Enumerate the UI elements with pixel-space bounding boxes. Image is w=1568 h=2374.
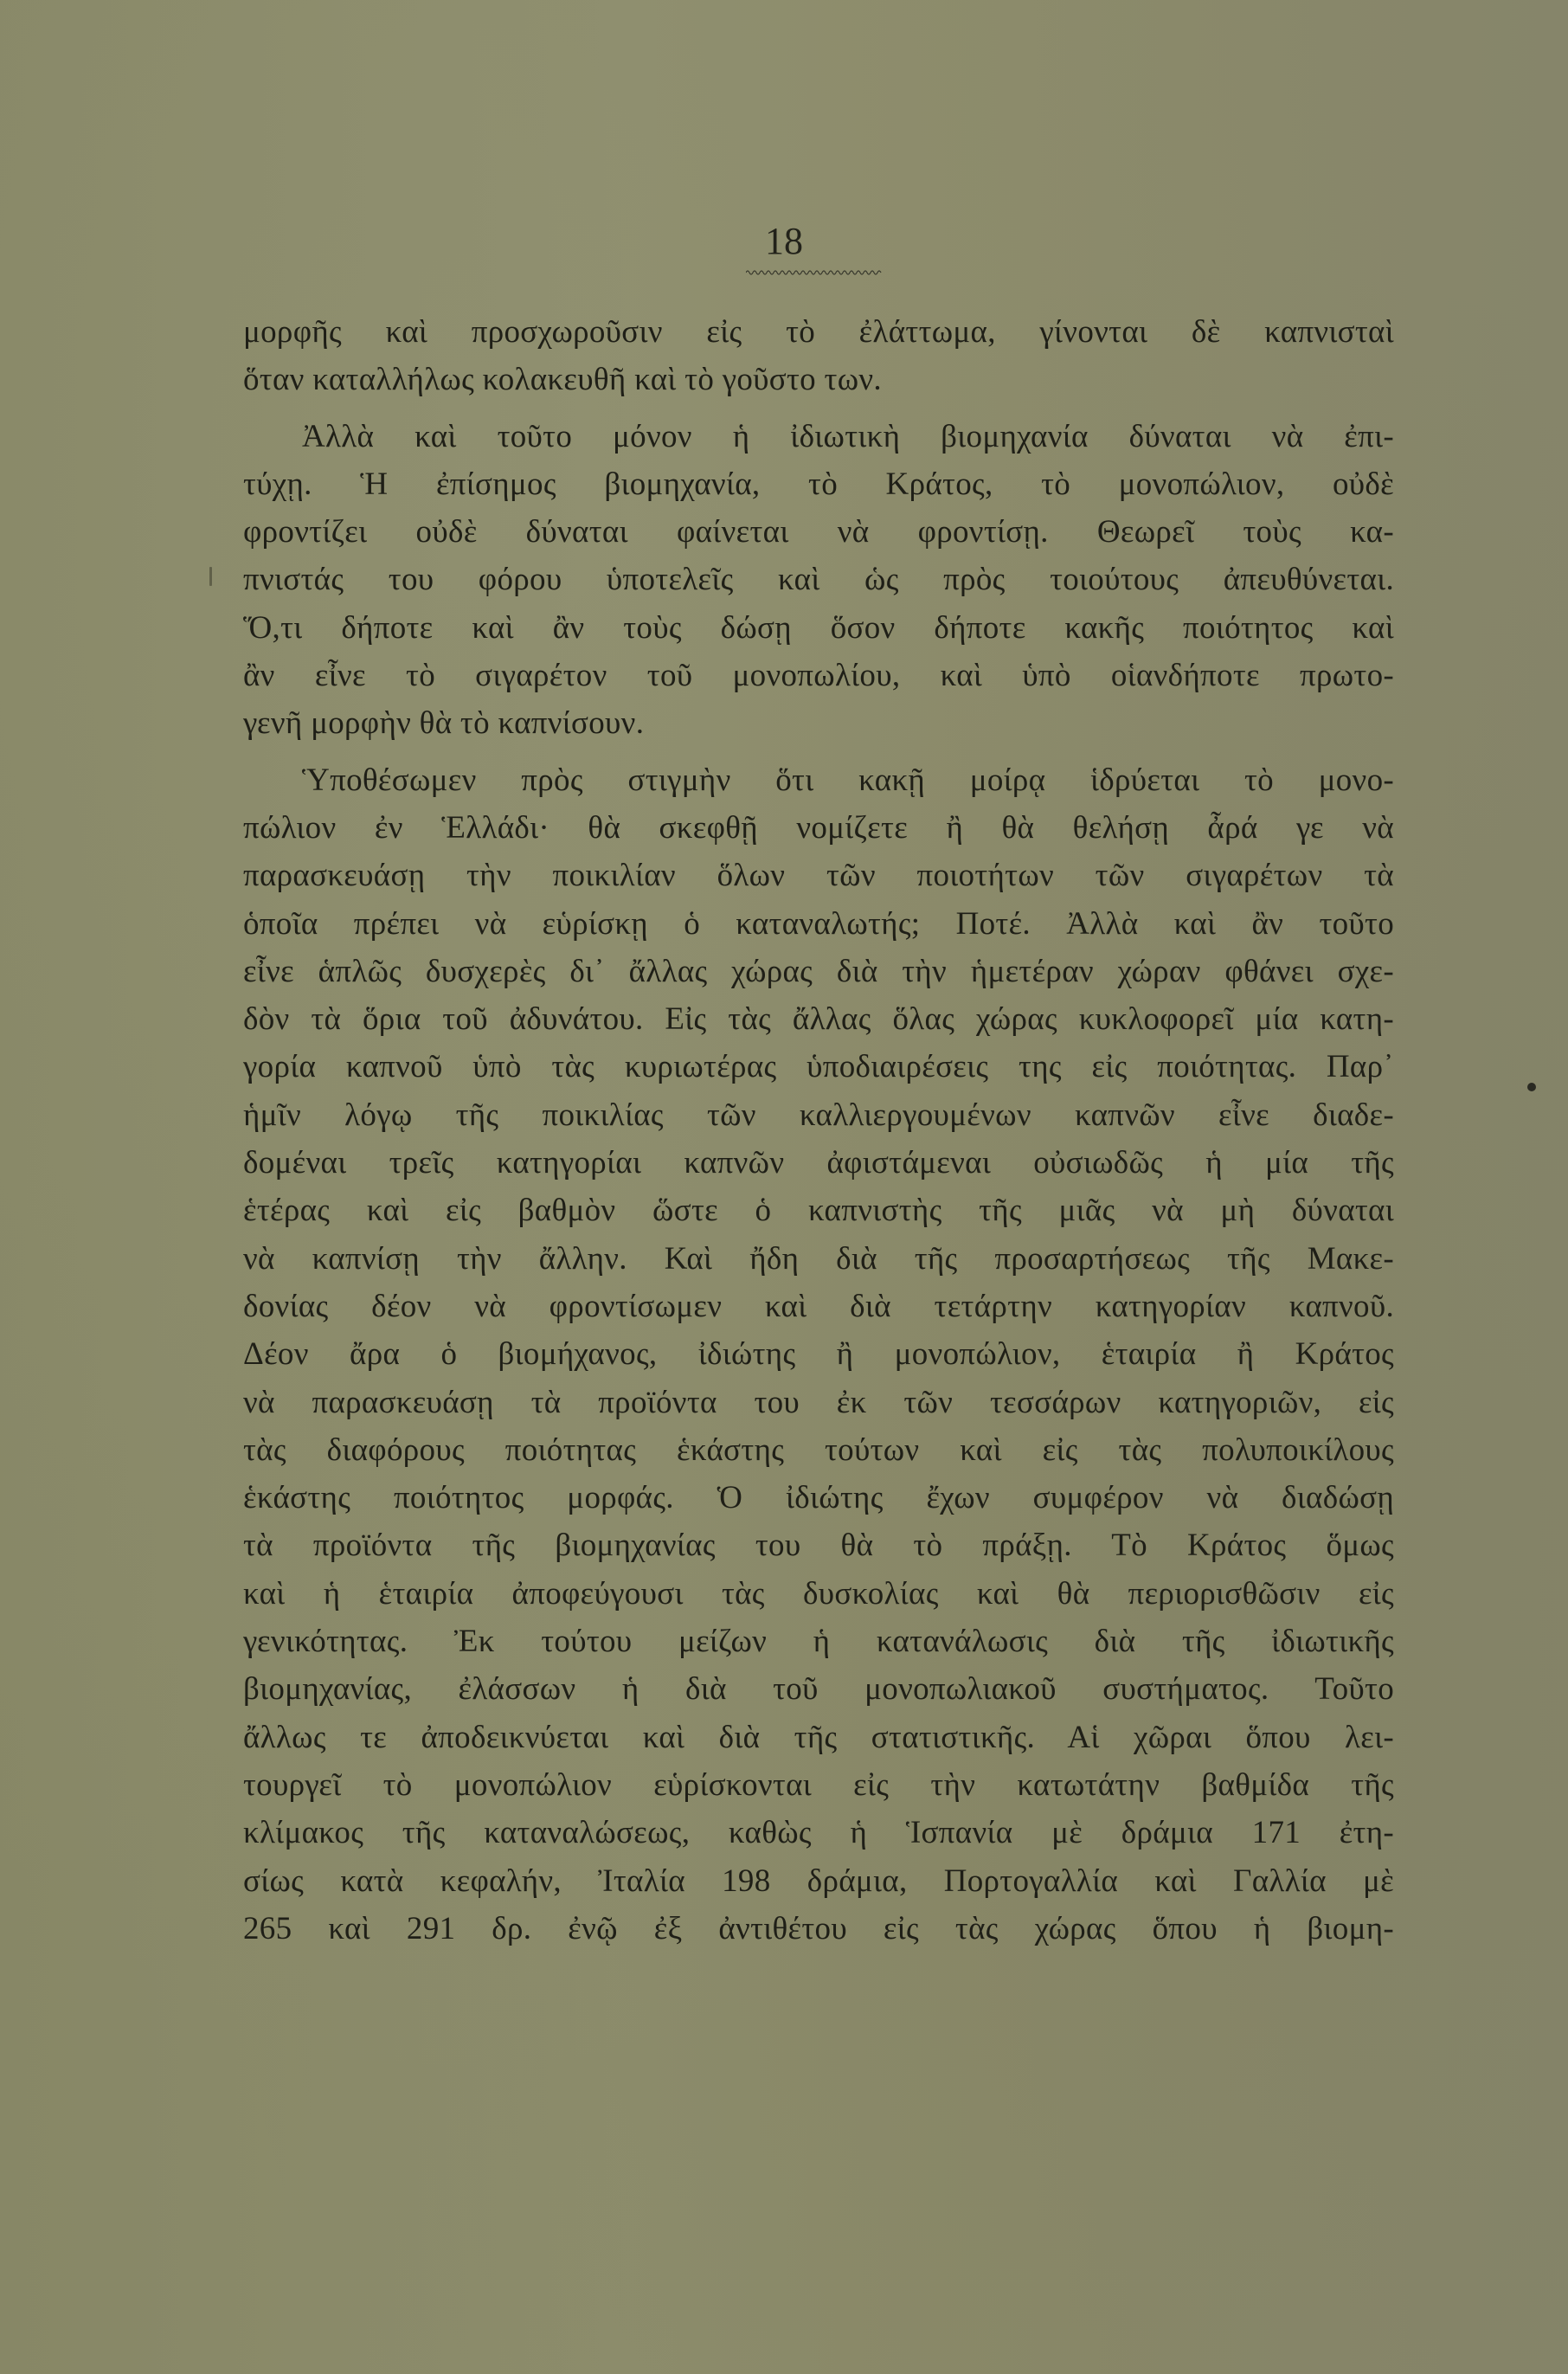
text-line: ἡμῖν λόγῳ τῆς ποικιλίας τῶν καλλιεργουμέ… — [243, 1091, 1394, 1139]
text-line: τὰς διαφόρους ποιότητας ἑκάστης τούτων κ… — [243, 1426, 1394, 1474]
text-line: τὰ προϊόντα τῆς βιομηχανίας του θὰ τὸ πρ… — [243, 1522, 1394, 1569]
text-line: ἑκάστης ποιότητος μορφάς. Ὁ ἰδιώτης ἔχων… — [243, 1474, 1394, 1522]
text-line: ἑτέρας καὶ εἰς βαθμὸν ὥστε ὁ καπνιστὴς τ… — [243, 1187, 1394, 1234]
text-line: ἄλλως τε ἀποδεικνύεται καὶ διὰ τῆς στατι… — [243, 1714, 1394, 1761]
text-line: νὰ καπνίσῃ τὴν ἄλλην. Καὶ ἤδη διὰ τῆς πρ… — [243, 1235, 1394, 1283]
text-line: τύχῃ. Ἡ ἐπίσημος βιομηχανία, τὸ Κράτος, … — [243, 460, 1394, 508]
text-line: τουργεῖ τὸ μονοπώλιον εὑρίσκονται εἰς τὴ… — [243, 1761, 1394, 1809]
text-line: γενικότητας. Ἐκ τούτου μείζων ἡ κατανάλω… — [243, 1618, 1394, 1665]
text-line: εἶνε ἁπλῶς δυσχερὲς δι᾽ ἄλλας χώρας διὰ … — [243, 948, 1394, 995]
text-line: Δέον ἄρα ὁ βιομήχανος, ἰδιώτης ἢ μονοπώλ… — [243, 1330, 1394, 1378]
text-line: ὅταν καταλλήλως κολακευθῆ καὶ τὸ γοῦστο … — [243, 356, 1394, 403]
paragraph-3: Ὑποθέσωμεν πρὸς στιγμὴν ὅτι κακῇ μοίρᾳ ἱ… — [243, 756, 1394, 1953]
text-line: σίως κατὰ κεφαλήν, Ἰταλία 198 δράμια, Πο… — [243, 1857, 1394, 1905]
text-line: παρασκευάσῃ τὴν ποικιλίαν ὅλων τῶν ποιοτ… — [243, 852, 1394, 899]
text-line: καὶ ἡ ἑταιρία ἀποφεύγουσι τὰς δυσκολίας … — [243, 1570, 1394, 1618]
text-line: ἂν εἶνε τὸ σιγαρέτον τοῦ μονοπωλίου, καὶ… — [243, 652, 1394, 699]
text-line: φροντίζει οὐδὲ δύναται φαίνεται νὰ φροντ… — [243, 508, 1394, 556]
text-line: κλίμακος τῆς καταναλώσεως, καθὼς ἡ Ἱσπαν… — [243, 1809, 1394, 1856]
text-line: δομέναι τρεῖς κατηγορίαι καπνῶν ἀφιστάμε… — [243, 1139, 1394, 1187]
page-number: 18 — [0, 220, 1568, 263]
text-line: μορφῆς καὶ προσχωροῦσιν εἰς τὸ ἐλάττωμα,… — [243, 308, 1394, 356]
margin-mark — [209, 567, 212, 586]
margin-ink-dot — [1527, 1083, 1536, 1091]
text-line: γορία καπνοῦ ὑπὸ τὰς κυριωτέρας ὑποδιαιρ… — [243, 1043, 1394, 1090]
text-line: Ὑποθέσωμεν πρὸς στιγμὴν ὅτι κακῇ μοίρᾳ ἱ… — [243, 756, 1394, 804]
text-line: γενῆ μορφὴν θὰ τὸ καπνίσουν. — [243, 699, 1394, 747]
text-line: πώλιον ἐν Ἑλλάδι· θὰ σκεφθῇ νομίζετε ἢ θ… — [243, 804, 1394, 852]
text-line: δὸν τὰ ὅρια τοῦ ἀδυνάτου. Εἰς τὰς ἄλλας … — [243, 995, 1394, 1043]
scanned-page: 18 μορφῆς καὶ προσχωροῦσιν εἰς τὸ ἐλάττω… — [0, 0, 1568, 2374]
text-line: πνιστάς του φόρου ὑποτελεῖς καὶ ὡς πρὸς … — [243, 556, 1394, 603]
text-line: δονίας δέον νὰ φροντίσωμεν καὶ διὰ τετάρ… — [243, 1283, 1394, 1330]
paragraph-1: μορφῆς καὶ προσχωροῦσιν εἰς τὸ ἐλάττωμα,… — [243, 308, 1394, 404]
text-line: Ἀλλὰ καὶ τοῦτο μόνον ἡ ἰδιωτικὴ βιομηχαν… — [243, 413, 1394, 460]
text-line: βιομηχανίας, ἐλάσσων ἡ διὰ τοῦ μονοπωλια… — [243, 1665, 1394, 1713]
text-line: 265 καὶ 291 δρ. ἐνῷ ἐξ ἀντιθέτου εἰς τὰς… — [243, 1905, 1394, 1953]
wavy-rule-ornament — [746, 269, 883, 276]
text-line: νὰ παρασκευάσῃ τὰ προϊόντα του ἐκ τῶν τε… — [243, 1379, 1394, 1426]
text-line: Ὅ,τι δήποτε καὶ ἂν τοὺς δώσῃ ὅσον δήποτε… — [243, 604, 1394, 652]
body-text: μορφῆς καὶ προσχωροῦσιν εἰς τὸ ἐλάττωμα,… — [243, 308, 1394, 1953]
text-line: ὁποῖα πρέπει νὰ εὑρίσκῃ ὁ καταναλωτής; Π… — [243, 900, 1394, 948]
paragraph-2: Ἀλλὰ καὶ τοῦτο μόνον ἡ ἰδιωτικὴ βιομηχαν… — [243, 413, 1394, 748]
